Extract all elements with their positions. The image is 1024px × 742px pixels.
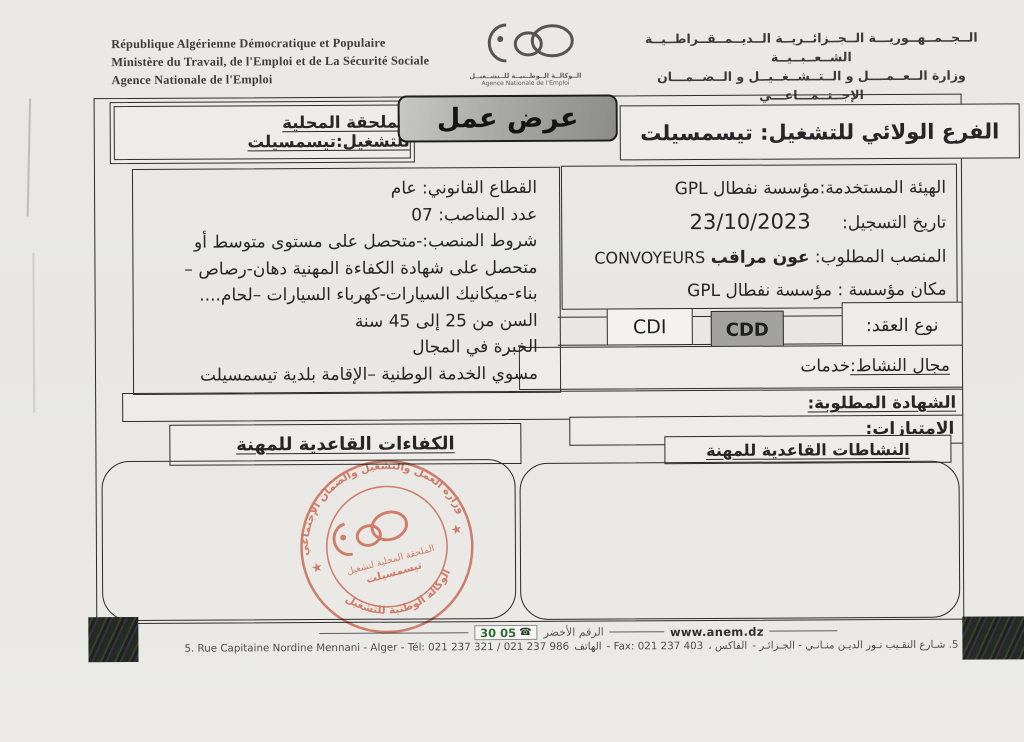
cdd-label: CDD: [726, 320, 769, 341]
header-french: République Algérienne Démocratique et Po…: [111, 33, 483, 89]
activity-value: خدمات: [800, 356, 850, 376]
scan-artifact-bottom-right: [962, 616, 1024, 659]
employer-field: الهيئة المستخدمة:مؤسسة نفطال GPL: [568, 172, 946, 207]
scanned-job-offer-document: République Algérienne Démocratique et Po…: [0, 0, 1024, 742]
green-number-value: 30 05: [480, 625, 516, 639]
stamp-logo-icon: [330, 508, 410, 558]
age-range-field: السن من 25 إلى 45 سنة: [138, 307, 538, 336]
contract-connector-rail: [558, 315, 849, 346]
local-annex-inner: الملحقة المحلية للتشغيل:تيسمسيلت: [114, 105, 411, 161]
footer-line-right: [770, 630, 838, 631]
logo-caption-french: Agence Nationale de l'Emploi: [456, 80, 594, 88]
local-annex-label: الملحقة المحلية للتشغيل:تيسمسيلت: [115, 113, 410, 153]
footer-line-mid: [610, 631, 664, 632]
activity-field-box: مجال النشاط:خدمات: [519, 345, 963, 390]
anem-logo-caption: الــوكالــة الــوطــنيــة للــتشــغيــل …: [456, 73, 594, 88]
wilaya-branch-box: الفرع الولائي للتشغيل: تيسمسيلت: [620, 103, 1020, 160]
stamp-ring-top-text: وزارة العمل والتشغيل والضمان الإجتماعي: [289, 449, 469, 559]
phone-icon: ☎: [519, 627, 532, 638]
base-activities-label: النشاطات القاعدية للمهنة: [706, 439, 910, 459]
base-activities-empty-area: [519, 461, 960, 620]
stamp-star-right-icon: ★: [449, 520, 464, 537]
legal-sector-field: القطاع القانوني: عام: [137, 175, 537, 204]
required-certificate-label: الشهادة المطلوبة:: [808, 393, 957, 413]
contract-option-cdd: CDD: [711, 311, 784, 350]
address-fax: - Fax: 021 237 403: [607, 640, 704, 653]
footer-address: 5. Rue Capitaine Nordine Mennani - Alger…: [131, 638, 1011, 655]
official-stamp: وزارة العمل والتشغيل والضمان الإجتماعي ا…: [289, 449, 484, 644]
svg-text:وزارة العمل والتشغيل والضمان ا: وزارة العمل والتشغيل والضمان الإجتماعي: [289, 449, 469, 559]
base-activities-title-box: النشاطات القاعدية للمهنة: [664, 435, 951, 465]
scan-pencil-mark-2: [32, 253, 34, 413]
scan-artifact-bottom-left: [88, 617, 138, 662]
website-url: www.anem.dz: [670, 624, 764, 638]
experience-field: الخبرة في المجال: [138, 334, 538, 363]
job-offer-title-banner: عرض عمل: [398, 94, 618, 142]
contract-type-box: نوع العقد:: [842, 302, 963, 350]
wilaya-branch-label: الفرع الولائي للتشغيل: تيسمسيلت: [640, 119, 999, 145]
registration-date-value: 23/10/2023: [690, 209, 811, 234]
employer-details-section: الهيئة المستخدمة:مؤسسة نفطال GPL تاريخ ا…: [561, 164, 958, 310]
stamp-star-left-icon: ★: [310, 558, 325, 575]
header-ar-line1: الــجــمــهــوريـــة الــجــزائــريــة ا…: [610, 27, 1012, 67]
position-value-arabic: عون مراقب: [711, 247, 810, 268]
position-label: المنصب المطلوب:: [815, 247, 947, 268]
address-fax-label-arabic: الفاكس ،: [708, 640, 747, 652]
anem-logo-icon: [464, 13, 586, 74]
positions-count-field: عدد المناصب: 07: [137, 201, 537, 230]
conditions-line-3: بناء-ميكانيك السيارات-كهرباء السيارات –ل…: [138, 281, 538, 310]
scan-pencil-mark-1: [27, 99, 31, 217]
local-annex-box: الملحقة المحلية للتشغيل:تيسمسيلت: [110, 101, 415, 165]
position-field: المنصب المطلوب: عون مراقب CONVOYEURS: [568, 240, 946, 276]
conditions-line-2: متحصل على شهادة الكفاءة المهنية دهان-رصا…: [137, 254, 537, 283]
header-fr-line2: Ministère du Travail, de l'Emploi et de …: [111, 51, 483, 71]
activity-label: مجال النشاط:: [850, 356, 950, 377]
conditions-line-1: شروط المنصب:-متحصل على مستوى متوسط أو: [137, 228, 537, 257]
position-conditions-section: القطاع القانوني: عام عدد المناصب: 07 شرو…: [132, 167, 561, 395]
header-fr-line1: République Algérienne Démocratique et Po…: [111, 33, 483, 53]
address-phone-label-arabic: الهاتف: [574, 641, 601, 653]
registration-date-label: تاريخ التسجيل:: [842, 213, 946, 234]
registration-date-field: تاريخ التسجيل: 23/10/2023: [568, 205, 946, 242]
header-fr-line3: Agence Nationale de l'Emploi: [111, 69, 483, 89]
green-number-label: الرقم الأخضر: [544, 626, 604, 639]
job-offer-title: عرض عمل: [437, 103, 579, 135]
national-service-residency-field: مسوي الخدمة الوطنية –الإقامة بلدية تيسمس…: [138, 360, 538, 389]
contract-type-label: نوع العقد:: [866, 315, 939, 335]
address-arabic: 5. شـارع النقـيب نـور الديـن منـانـي - ا…: [752, 639, 958, 652]
paper-sheet: République Algérienne Démocratique et Po…: [0, 0, 1024, 742]
contract-option-cdi: CDI: [607, 308, 693, 345]
position-value-latin: CONVOYEURS: [594, 248, 705, 268]
cdi-label: CDI: [633, 316, 667, 338]
